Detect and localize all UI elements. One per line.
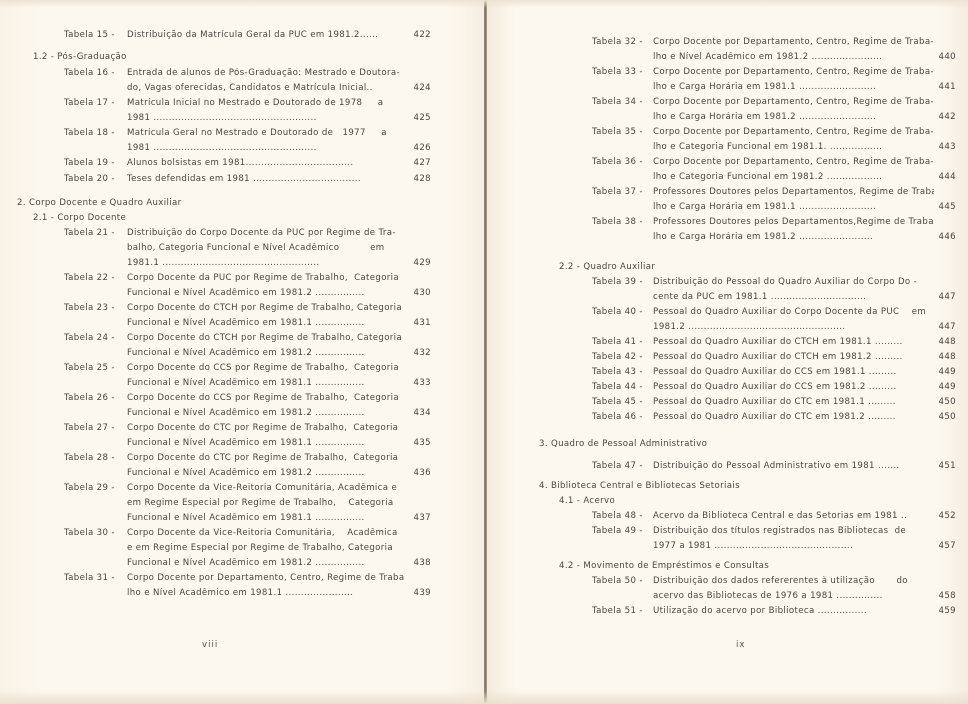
table-label: Tabela 46 - — [592, 412, 643, 422]
section-heading: 2.2 - Quadro Auxiliar — [559, 262, 655, 272]
page-number[interactable]: 442 — [934, 112, 956, 122]
table-title-line: Corpo Docente do CTCH por Regime de Trab… — [127, 333, 409, 343]
table-label: Tabela 20 - — [64, 174, 115, 184]
table-title-line: Alunos bolsistas em 1981................… — [127, 158, 409, 168]
table-title-line: Teses defendidas em 1981 ...............… — [127, 174, 409, 184]
table-label: Tabela 41 - — [592, 337, 643, 347]
table-title-line: Distribuição dos títulos registrados nas… — [653, 526, 934, 536]
page-number[interactable]: 449 — [934, 382, 956, 392]
page-number[interactable]: 430 — [409, 288, 431, 298]
table-label: Tabela 33 - — [592, 67, 643, 77]
table-title-line: Utilização do acervo por Biblioteca ....… — [653, 606, 934, 616]
page-number[interactable]: 441 — [934, 82, 956, 92]
table-label: Tabela 47 - — [592, 461, 643, 471]
page-number[interactable]: 459 — [934, 606, 956, 616]
page-number[interactable]: 446 — [934, 232, 956, 242]
table-label: Tabela 31 - — [64, 573, 115, 583]
table-title-line: lho e Carga Horária em 1981.1 ..........… — [653, 82, 934, 92]
page-number[interactable]: 427 — [409, 158, 431, 168]
page-number[interactable]: 425 — [409, 113, 431, 123]
page-number[interactable]: 440 — [934, 52, 956, 62]
page-number[interactable]: 458 — [934, 591, 956, 601]
table-label: Tabela 34 - — [592, 97, 643, 107]
table-label: Tabela 22 - — [64, 273, 115, 283]
table-title-line: Corpo Docente por Departamento, Centro, … — [653, 67, 934, 77]
page-number[interactable]: 437 — [409, 513, 431, 523]
table-title-line: Corpo Docente da Vice-Reitoria Comunitár… — [127, 483, 409, 493]
table-label: Tabela 42 - — [592, 352, 643, 362]
table-label: Tabela 28 - — [64, 453, 115, 463]
table-title-line: cente da PUC em 1981.1 .................… — [653, 292, 934, 302]
section-heading: 2. Corpo Docente e Quadro Auxiliar — [17, 198, 181, 208]
book-gutter — [484, 0, 487, 704]
table-title-line: Funcional e Nível Acadêmico em 1981.1 ..… — [127, 438, 409, 448]
table-title-line: Funcional e Nível Acadêmico em 1981.2 ..… — [127, 468, 409, 478]
table-title-line: Matrícula Inicial no Mestrado e Doutorad… — [127, 98, 409, 108]
table-title-line: Corpo Docente do CTC por Regime de Traba… — [127, 423, 409, 433]
page-number[interactable]: 435 — [409, 438, 431, 448]
section-heading: 2.1 - Corpo Docente — [33, 213, 126, 223]
table-title-line: 1981.1 .................................… — [127, 258, 409, 268]
page-number[interactable]: 422 — [409, 30, 431, 40]
table-title-line: do, Vagas oferecidas, Candidatos e Matrí… — [127, 83, 409, 93]
table-label: Tabela 36 - — [592, 157, 643, 167]
table-title-line: Funcional e Nível Acadêmico em 1981.2 ..… — [127, 408, 409, 418]
page-number[interactable]: 452 — [934, 511, 956, 521]
folio: ix — [736, 640, 745, 650]
page-number[interactable]: 428 — [409, 174, 431, 184]
table-title-line: Funcional e Nível Acadêmico em 1981.2 ..… — [127, 348, 409, 358]
page-number[interactable]: 445 — [934, 202, 956, 212]
table-label: Tabela 35 - — [592, 127, 643, 137]
table-label: Tabela 23 - — [64, 303, 115, 313]
page-number[interactable]: 426 — [409, 143, 431, 153]
table-title-line: Corpo Docente da PUC por Regime de Traba… — [127, 273, 409, 283]
table-title-line: Pessoal do Quadro Auxiliar do CTCH em 19… — [653, 337, 934, 347]
table-label: Tabela 50 - — [592, 576, 643, 586]
table-title-line: 1981.2 .................................… — [653, 322, 934, 332]
table-title-line: Distribuição da Matrícula Geral da PUC e… — [127, 30, 409, 40]
table-title-line: Professores Doutores pelos Departamentos… — [653, 187, 934, 197]
section-heading: 4.1 - Acervo — [559, 496, 615, 506]
table-label: Tabela 16 - — [64, 68, 115, 78]
table-title-line: Distribuição dos dados refererentes à ut… — [653, 576, 934, 586]
table-title-line: Matrícula Geral no Mestrado e Doutorado … — [127, 128, 409, 138]
table-label: Tabela 25 - — [64, 363, 115, 373]
page-number[interactable]: 444 — [934, 172, 956, 182]
table-title-line: em Regime Especial por Regime de Trabalh… — [127, 498, 409, 508]
table-label: Tabela 43 - — [592, 367, 643, 377]
page-number[interactable]: 431 — [409, 318, 431, 328]
table-title-line: Pessoal do Quadro Auxiliar do CTC em 198… — [653, 397, 934, 407]
table-title-line: balho, Categoria Funcional e Nível Acadê… — [127, 243, 409, 253]
table-label: Tabela 32 - — [592, 37, 643, 47]
table-title-line: lho e Carga Horária em 1981.2 ..........… — [653, 232, 934, 242]
table-label: Tabela 38 - — [592, 217, 643, 227]
table-title-line: Distribuição do Pessoal do Quadro Auxili… — [653, 277, 934, 287]
table-title-line: Corpo Docente por Departamento, Centro, … — [127, 573, 409, 583]
section-heading: 4. Biblioteca Central e Bibliotecas Seto… — [539, 481, 740, 491]
table-title-line: lho e Nível Acadêmico em 1981.2 ........… — [653, 52, 934, 62]
table-title-line: Funcional e Nível Acadêmico em 1981.1 ..… — [127, 513, 409, 523]
right-page: Tabela 32 -Corpo Docente por Departament… — [486, 0, 968, 704]
table-title-line: Distribuição do Pessoal Administrativo e… — [653, 461, 934, 471]
section-heading: 1.2 - Pós-Graduação — [33, 52, 127, 62]
top-edge-shadow — [0, 0, 968, 8]
page-number[interactable]: 451 — [934, 461, 956, 471]
table-title-line: Pessoal do Quadro Auxiliar do CTCH em 19… — [653, 352, 934, 362]
page-number[interactable]: 447 — [934, 322, 956, 332]
page-number[interactable]: 433 — [409, 378, 431, 388]
section-heading: 3. Quadro de Pessoal Administrativo — [539, 439, 707, 449]
page-number[interactable]: 450 — [934, 397, 956, 407]
page-number[interactable]: 424 — [409, 83, 431, 93]
table-title-line: Corpo Docente do CCS por Regime de Traba… — [127, 393, 409, 403]
table-title-line: Corpo Docente por Departamento, Centro, … — [653, 37, 934, 47]
table-title-line: lho e Categoria Funcional em 1981.2 ....… — [653, 172, 934, 182]
page-number[interactable]: 449 — [934, 367, 956, 377]
table-title-line: Professores Doutores pelos Departamentos… — [653, 217, 934, 227]
table-title-line: Corpo Docente do CCS por Regime de Traba… — [127, 363, 409, 373]
page-number[interactable]: 432 — [409, 348, 431, 358]
table-label: Tabela 37 - — [592, 187, 643, 197]
table-title-line: Corpo Docente por Departamento, Centro, … — [653, 127, 934, 137]
page-number[interactable]: 448 — [934, 352, 956, 362]
table-label: Tabela 26 - — [64, 393, 115, 403]
section-heading: 4.2 - Movimento de Empréstimos e Consult… — [559, 561, 769, 571]
table-label: Tabela 15 - — [64, 30, 115, 40]
table-title-line: lho e Carga Horária em 1981.2 ..........… — [653, 112, 934, 122]
table-title-line: 1981 ...................................… — [127, 143, 409, 153]
table-title-line: Entrada de alunos de Pós-Graduação: Mest… — [127, 68, 409, 78]
page-number[interactable]: 429 — [409, 258, 431, 268]
table-label: Tabela 17 - — [64, 98, 115, 108]
bottom-edge-shadow — [0, 690, 968, 704]
table-title-line: Distribuição do Corpo Docente da PUC por… — [127, 228, 409, 238]
table-label: Tabela 24 - — [64, 333, 115, 343]
table-title-line: Corpo Docente do CTC por Regime de Traba… — [127, 453, 409, 463]
page-number[interactable]: 436 — [409, 468, 431, 478]
table-title-line: Corpo Docente do CTCH por Regime de Trab… — [127, 303, 409, 313]
left-page: Tabela 15 -Distribuição da Matrícula Ger… — [0, 0, 486, 704]
page-number[interactable]: 443 — [934, 142, 956, 152]
page-number[interactable]: 439 — [409, 588, 431, 598]
table-title-line: Corpo Docente da Vice-Reitoria Comunitár… — [127, 528, 409, 538]
table-title-line: Corpo Docente por Departamento, Centro, … — [653, 157, 934, 167]
table-title-line: Funcional e Nível Acadêmico em 1981.2 ..… — [127, 288, 409, 298]
table-title-line: 1981 ...................................… — [127, 113, 409, 123]
table-title-line: Pessoal do Quadro Auxiliar do CCS em 198… — [653, 367, 934, 377]
folio: viii — [202, 640, 218, 650]
page-number[interactable]: 434 — [409, 408, 431, 418]
table-label: Tabela 40 - — [592, 307, 643, 317]
table-label: Tabela 44 - — [592, 382, 643, 392]
table-label: Tabela 51 - — [592, 606, 643, 616]
table-label: Tabela 49 - — [592, 526, 643, 536]
table-title-line: Pessoal do Quadro Auxiliar do Corpo Doce… — [653, 307, 934, 317]
table-title-line: Pessoal do Quadro Auxiliar do CTC em 198… — [653, 412, 934, 422]
table-label: Tabela 19 - — [64, 158, 115, 168]
table-title-line: Corpo Docente por Departamento, Centro, … — [653, 97, 934, 107]
page-number[interactable]: 457 — [934, 541, 956, 551]
table-title-line: 1977 a 1981 ............................… — [653, 541, 934, 551]
page-number[interactable]: 450 — [934, 412, 956, 422]
table-label: Tabela 45 - — [592, 397, 643, 407]
page-number[interactable]: 448 — [934, 337, 956, 347]
table-title-line: Funcional e Nível Acadêmico em 1981.2 ..… — [127, 558, 409, 568]
table-title-line: lho e Nível Acadêmico em 1981.1 ........… — [127, 588, 409, 598]
table-label: Tabela 27 - — [64, 423, 115, 433]
table-label: Tabela 18 - — [64, 128, 115, 138]
table-title-line: Funcional e Nível Acadêmico em 1981.1 ..… — [127, 318, 409, 328]
table-title-line: acervo das Bibliotecas de 1976 a 1981 ..… — [653, 591, 934, 601]
table-label: Tabela 29 - — [64, 483, 115, 493]
table-title-line: lho e Carga Horária em 1981.1 ..........… — [653, 202, 934, 212]
table-label: Tabela 30 - — [64, 528, 115, 538]
page-number[interactable]: 447 — [934, 292, 956, 302]
table-label: Tabela 39 - — [592, 277, 643, 287]
table-title-line: Acervo da Biblioteca Central e das Setor… — [653, 511, 934, 521]
table-title-line: Funcional e Nível Acadêmico em 1981.1 ..… — [127, 378, 409, 388]
page-number[interactable]: 438 — [409, 558, 431, 568]
table-title-line: lho e Categoria Funcional em 1981.1. ...… — [653, 142, 934, 152]
table-label: Tabela 21 - — [64, 228, 115, 238]
table-title-line: Pessoal do Quadro Auxiliar do CCS em 198… — [653, 382, 934, 392]
table-label: Tabela 48 - — [592, 511, 643, 521]
table-title-line: e em Regime Especial por Regime de Traba… — [127, 543, 409, 553]
